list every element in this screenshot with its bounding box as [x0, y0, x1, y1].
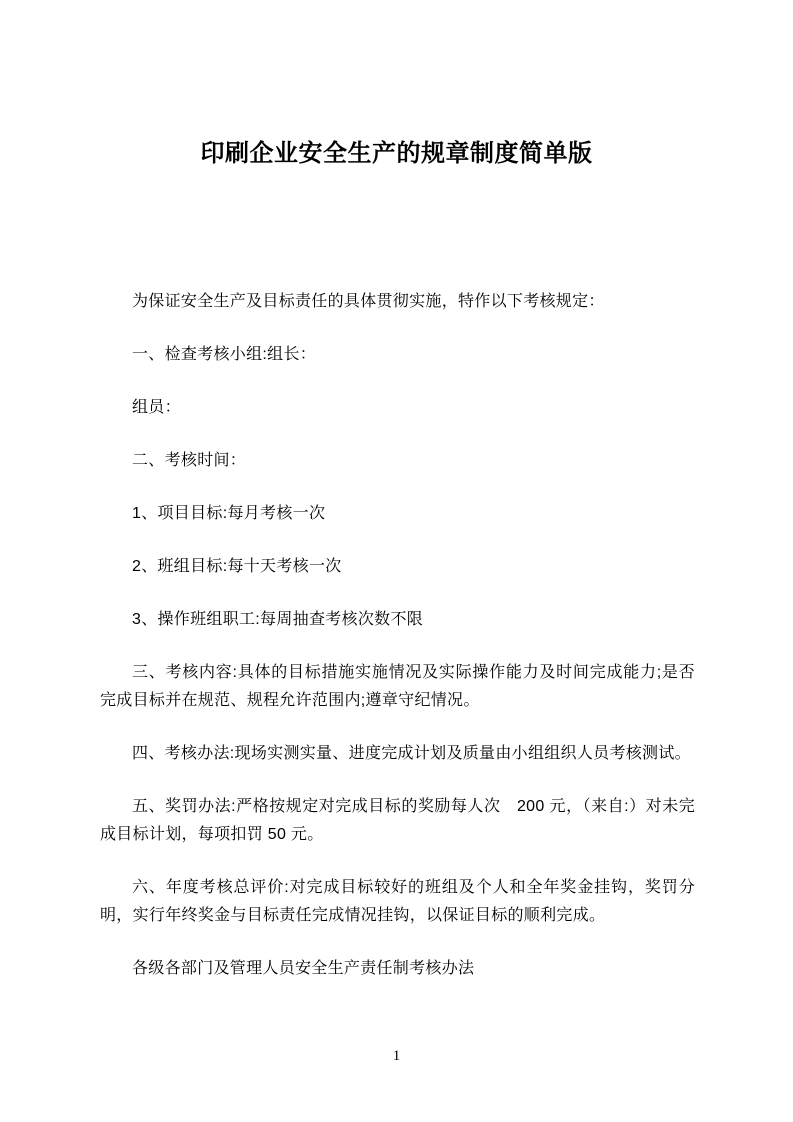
- paragraph-closing: 各级各部门及管理人员安全生产责任制考核办法: [100, 955, 695, 983]
- paragraph-section-6: 六、年度考核总评价:对完成目标较好的班组及个人和全年奖金挂钩，奖罚分明，实行年终…: [100, 874, 695, 930]
- paragraph-item-1: 1、项目目标:每月考核一次: [100, 500, 695, 528]
- paragraph-section-5: 五、奖罚办法:严格按规定对完成目标的奖励每人次 200 元，（来自:）对未完成目…: [100, 793, 695, 849]
- paragraph-item-3: 3、操作班组职工:每周抽查考核次数不限: [100, 606, 695, 634]
- paragraph-section-4: 四、考核办法:现场实测实量、进度完成计划及质量由小组组织人员考核测试。: [100, 740, 695, 768]
- paragraph-members: 组员：: [100, 394, 695, 422]
- paragraph-section-3: 三、考核内容:具体的目标措施实施情况及实际操作能力及时间完成能力;是否完成目标并…: [100, 659, 695, 715]
- paragraph-section-1: 一、检查考核小组:组长：: [100, 341, 695, 369]
- paragraph-item-2: 2、班组目标:每十天考核一次: [100, 553, 695, 581]
- page-number: 1: [0, 1048, 793, 1065]
- paragraph-intro: 为保证安全生产及目标责任的具体贯彻实施，特作以下考核规定：: [100, 288, 695, 316]
- document-page: 印刷企业安全生产的规章制度简单版 为保证安全生产及目标责任的具体贯彻实施，特作以…: [0, 0, 793, 1122]
- document-body: 为保证安全生产及目标责任的具体贯彻实施，特作以下考核规定： 一、检查考核小组:组…: [0, 288, 793, 983]
- paragraph-section-2: 二、考核时间：: [100, 447, 695, 475]
- document-title: 印刷企业安全生产的规章制度简单版: [0, 0, 793, 170]
